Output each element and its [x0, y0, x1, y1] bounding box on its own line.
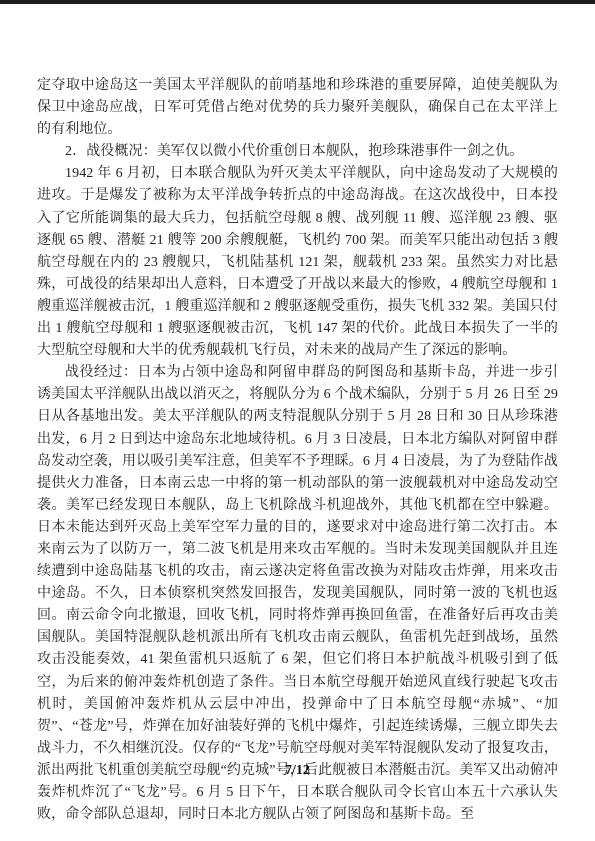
top-edge-bar — [0, 0, 595, 4]
body-paragraph-continuation: 定夺取中途岛这一美国太平洋舰队的前哨基地和珍珠港的重要屏障，迫使美舰队为保卫中途… — [37, 75, 558, 141]
page-number: 7/12 — [0, 763, 595, 779]
body-paragraph-battle-course: 战役经过：日本为占领中途岛和阿留申群岛的阿图岛和基斯卡岛，并进一步引诱美国太平洋… — [37, 362, 558, 826]
body-paragraph-battle-overview-heading: 2．战役概况：美军仅以微小代价重创日本舰队，抱珍珠港事件一剑之仇。 — [37, 141, 558, 163]
body-paragraph-battle-overview: 1942 年 6 月初，日本联合舰队为歼灭美太平洋舰队，向中途岛发动了大规模的进… — [37, 163, 558, 362]
document-page-body: 定夺取中途岛这一美国太平洋舰队的前哨基地和珍珠港的重要屏障，迫使美舰队为保卫中途… — [37, 75, 558, 826]
